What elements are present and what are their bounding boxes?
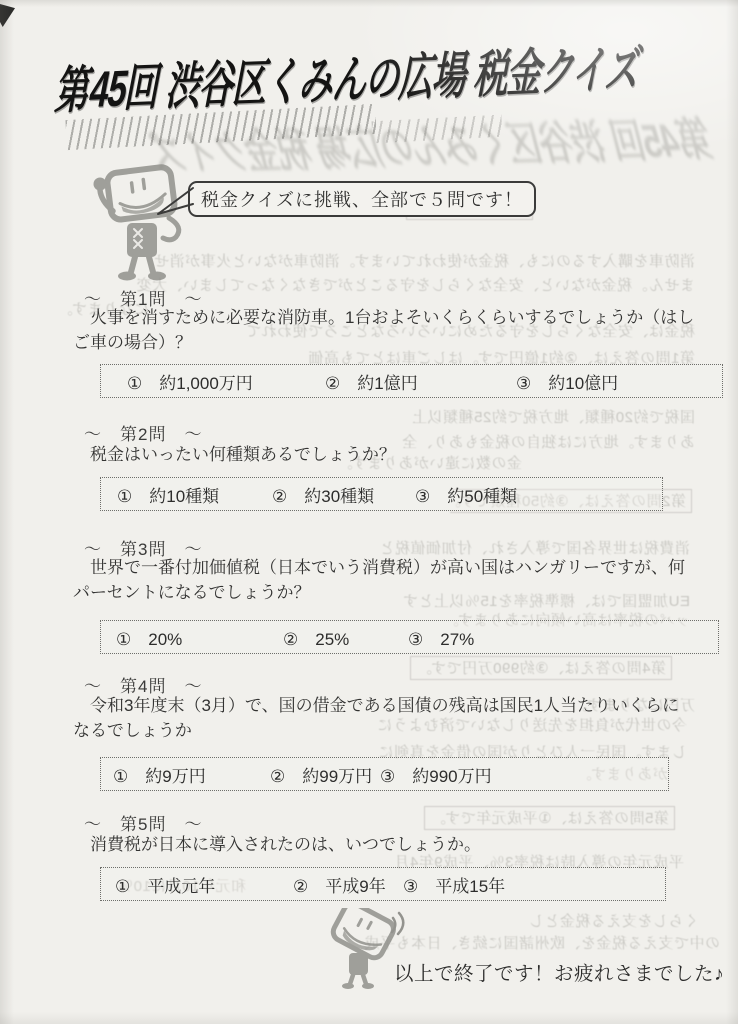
option-item: ② 25% [283, 625, 408, 650]
option-item: ③ 約990万円 [380, 762, 668, 787]
option-item: ③ 平成15年 [403, 872, 665, 897]
question-3-options-box: ① 20% ② 25% ③ 27% [100, 620, 719, 654]
option-item: ③ 27% [408, 625, 718, 650]
option-item: ① 約9万円 [113, 762, 270, 787]
bleed-text: 第5問の答えは、①平成元年です。 [415, 806, 675, 830]
option-item: ② 平成9年 [293, 872, 403, 897]
option-item: ① 約1,000万円 [127, 369, 325, 394]
bleed-text: 第4問の答えは、③約990万円です。 [400, 656, 672, 680]
bleed-text: くらしを支える税金とし [487, 910, 699, 931]
question-5-header: ～ 第5問 ～ [84, 810, 202, 835]
option-item: ① 20% [116, 625, 283, 650]
bleed-text: 消費税は世界各国で導入され、付加価値税と [270, 537, 690, 558]
option-item: ① 約10種類 [117, 482, 272, 507]
question-5-body: 消費税が日本に導入されたのは、いつでしょうか。 [73, 833, 705, 858]
speech-bubble-tail [155, 185, 195, 219]
option-item: ① 平成元年 [115, 872, 293, 897]
question-5-options-box: ① 平成元年 ② 平成9年 ③ 平成15年 [100, 867, 666, 901]
speech-bubble-text: 税金クイズに挑戦、全部で５問です！ [201, 186, 523, 212]
question-2-header: ～ 第2問 ～ [84, 420, 202, 445]
mascot-robot-icon [92, 164, 190, 282]
question-2-body: 税金はいったい何種類あるでしょうか？ [73, 443, 705, 468]
option-item: ③ 約10億円 [516, 369, 722, 394]
question-4-body: 令和3年度末（3月）で、国の借金である国債の残高は国民1人当たりいくらに なるで… [73, 694, 705, 743]
bleed-text: 消防車を購入するのにも、税金が使われています。消防車がないと火事が消せ [105, 250, 695, 271]
option-item: ② 約99万円 [270, 762, 380, 787]
option-item: ② 約30種類 [272, 482, 415, 507]
question-1-options-box: ① 約1,000万円 ② 約1億円 ③ 約10億円 [100, 364, 723, 398]
bleed-text: 国税で約20種類、地方税で約25種類以上 [352, 406, 695, 427]
question-1-body: 火事を消すために必要な消防車。1台およそいくらくらいするでしょうか（はし ご車の… [73, 306, 705, 355]
question-3-body: 世界で一番付加価値税（日本でいう消費税）が高い国はハンガリーですが、何 パーセン… [73, 556, 705, 605]
option-item: ③ 約50種類 [415, 482, 662, 507]
closing-message: 以上で終了です！お疲れさまでした♪ [394, 958, 724, 986]
speech-bubble: 税金クイズに挑戦、全部で５問です！ [188, 181, 536, 217]
question-4-options-box: ① 約9万円 ② 約99万円 ③ 約990万円 [100, 757, 669, 791]
scan-corner-mark [0, 4, 15, 27]
option-item: ② 約1億円 [325, 369, 516, 394]
question-2-options-box: ① 約10種類 ② 約30種類 ③ 約50種類 [100, 477, 663, 511]
farewell-robot-icon [326, 908, 408, 990]
